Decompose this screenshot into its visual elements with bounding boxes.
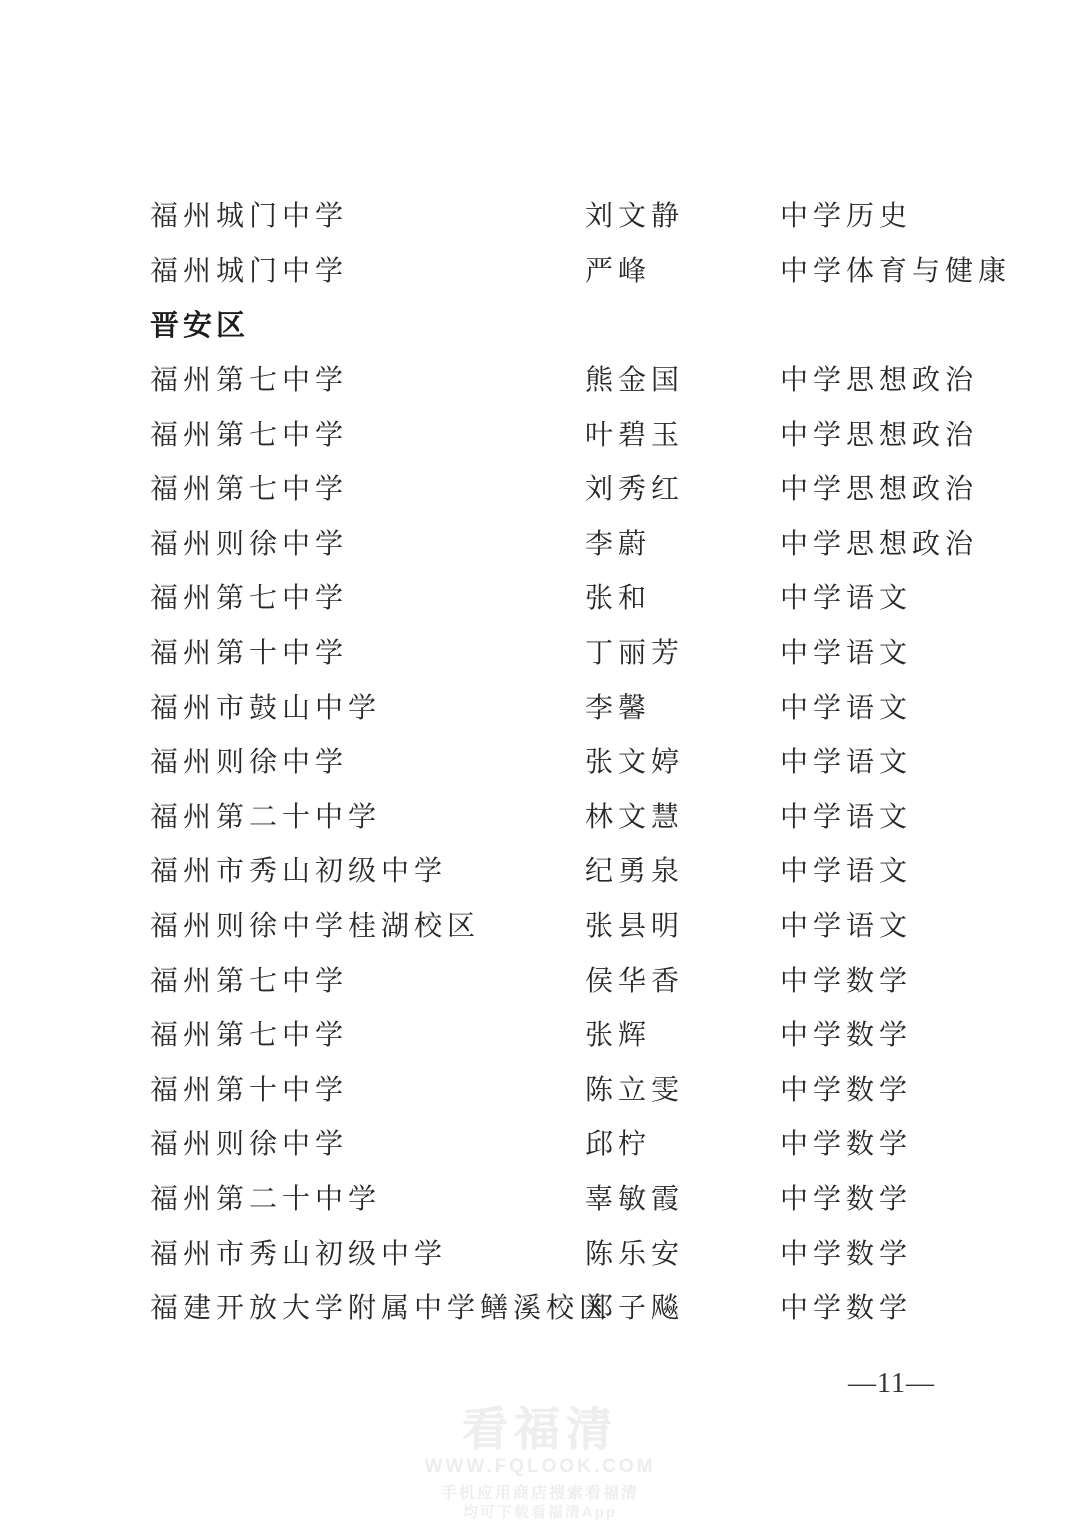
- watermark-tagline-1: 手机应用商店搜索看福清: [0, 1485, 1080, 1503]
- school-cell: 福州第十中学: [150, 631, 585, 671]
- watermark: 看福清 WWW.FQLOOK.COM 手机应用商店搜索看福清 均可下载看福清Ap…: [0, 1404, 1080, 1522]
- table-row: 福州第七中学 张辉 中学数学: [0, 1006, 1080, 1061]
- teacher-name-cell: 张文婷: [585, 740, 780, 780]
- teacher-name-cell: 辜敏霞: [585, 1177, 780, 1217]
- table-row: 福州则徐中学桂湖校区 张县明 中学语文: [0, 897, 1080, 952]
- subject-cell: 中学思想政治: [780, 522, 1080, 562]
- school-cell: 福州则徐中学桂湖校区: [150, 904, 585, 944]
- subject-cell: 中学数学: [780, 1232, 1080, 1272]
- table-row: 福州则徐中学 张文婷 中学语文: [0, 733, 1080, 788]
- teacher-name-cell: 张辉: [585, 1013, 780, 1053]
- school-cell: 福州第七中学: [150, 413, 585, 453]
- table-row: 福州第七中学 熊金国 中学思想政治: [0, 351, 1080, 406]
- district-section-header: 晋安区: [150, 303, 1080, 344]
- teacher-name-cell: 丁丽芳: [585, 631, 780, 671]
- subject-cell: 中学语文: [780, 795, 1080, 835]
- table-row: 福州城门中学 刘文静 中学历史: [0, 187, 1080, 242]
- teacher-name-cell: 李蔚: [585, 522, 780, 562]
- school-cell: 福州城门中学: [150, 249, 585, 289]
- watermark-url: WWW.FQLOOK.COM: [0, 1457, 1080, 1478]
- school-cell: 福州第七中学: [150, 959, 585, 999]
- subject-cell: 中学语文: [780, 904, 1080, 944]
- subject-cell: 中学语文: [780, 849, 1080, 889]
- teacher-name-cell: 刘文静: [585, 194, 780, 234]
- school-cell: 福州第七中学: [150, 576, 585, 616]
- teacher-name-cell: 李馨: [585, 686, 780, 726]
- watermark-logo-text: 看福清: [0, 1404, 1080, 1455]
- school-cell: 福州第十中学: [150, 1068, 585, 1108]
- table-row: 福建开放大学附属中学鳝溪校区 郑子飚 中学数学: [0, 1279, 1080, 1334]
- teacher-name-cell: 严峰: [585, 249, 780, 289]
- table-row: 福州市秀山初级中学 纪勇泉 中学语文: [0, 842, 1080, 897]
- subject-cell: 中学语文: [780, 740, 1080, 780]
- teacher-name-cell: 郑子飚: [585, 1286, 780, 1326]
- subject-cell: 中学语文: [780, 686, 1080, 726]
- school-cell: 福州则徐中学: [150, 522, 585, 562]
- table-row: 福州第十中学 丁丽芳 中学语文: [0, 624, 1080, 679]
- subject-cell: 中学思想政治: [780, 413, 1080, 453]
- teacher-name-cell: 邱柠: [585, 1122, 780, 1162]
- school-cell: 福州市秀山初级中学: [150, 849, 585, 889]
- page-number: —11—: [848, 1368, 935, 1400]
- subject-cell: 中学数学: [780, 959, 1080, 999]
- subject-cell: 中学体育与健康: [780, 249, 1080, 289]
- subject-cell: 中学语文: [780, 631, 1080, 671]
- table-row: 福州则徐中学 邱柠 中学数学: [0, 1115, 1080, 1170]
- school-cell: 福州第七中学: [150, 467, 585, 507]
- table-row: 福州第七中学 张和 中学语文: [0, 569, 1080, 624]
- table-row: 福州市秀山初级中学 陈乐安 中学数学: [0, 1224, 1080, 1279]
- subject-cell: 中学数学: [780, 1177, 1080, 1217]
- table-row: 福州市鼓山中学 李馨 中学语文: [0, 678, 1080, 733]
- school-cell: 福州市秀山初级中学: [150, 1232, 585, 1272]
- teacher-name-cell: 张县明: [585, 904, 780, 944]
- table-row: 福州第七中学 叶碧玉 中学思想政治: [0, 405, 1080, 460]
- subject-cell: 中学数学: [780, 1013, 1080, 1053]
- teacher-roster-table: 福州城门中学 刘文静 中学历史 福州城门中学 严峰 中学体育与健康 晋安区 福州…: [0, 187, 1080, 1333]
- school-cell: 福建开放大学附属中学鳝溪校区: [150, 1286, 585, 1326]
- subject-cell: 中学语文: [780, 576, 1080, 616]
- watermark-tagline-2: 均可下载看福清App: [0, 1505, 1080, 1522]
- subject-cell: 中学历史: [780, 194, 1080, 234]
- table-row: 福州第二十中学 辜敏霞 中学数学: [0, 1170, 1080, 1225]
- teacher-name-cell: 陈乐安: [585, 1232, 780, 1272]
- table-row: 福州第二十中学 林文慧 中学语文: [0, 788, 1080, 843]
- school-cell: 福州则徐中学: [150, 1122, 585, 1162]
- subject-cell: 中学思想政治: [780, 467, 1080, 507]
- school-cell: 福州城门中学: [150, 194, 585, 234]
- school-cell: 福州第二十中学: [150, 1177, 585, 1217]
- table-row: 福州第十中学 陈立雯 中学数学: [0, 1061, 1080, 1116]
- table-row: 福州则徐中学 李蔚 中学思想政治: [0, 515, 1080, 570]
- teacher-name-cell: 侯华香: [585, 959, 780, 999]
- table-row: 福州城门中学 严峰 中学体育与健康: [0, 242, 1080, 297]
- subject-cell: 中学数学: [780, 1122, 1080, 1162]
- teacher-name-cell: 纪勇泉: [585, 849, 780, 889]
- teacher-name-cell: 张和: [585, 576, 780, 616]
- teacher-name-cell: 叶碧玉: [585, 413, 780, 453]
- document-page: 福州城门中学 刘文静 中学历史 福州城门中学 严峰 中学体育与健康 晋安区 福州…: [0, 0, 1080, 1528]
- teacher-name-cell: 林文慧: [585, 795, 780, 835]
- subject-cell: 中学思想政治: [780, 358, 1080, 398]
- school-cell: 福州第七中学: [150, 1013, 585, 1053]
- teacher-name-cell: 陈立雯: [585, 1068, 780, 1108]
- school-cell: 福州第二十中学: [150, 795, 585, 835]
- table-row: 福州第七中学 侯华香 中学数学: [0, 951, 1080, 1006]
- subject-cell: 中学数学: [780, 1286, 1080, 1326]
- school-cell: 福州市鼓山中学: [150, 686, 585, 726]
- teacher-name-cell: 熊金国: [585, 358, 780, 398]
- table-row: 福州第七中学 刘秀红 中学思想政治: [0, 460, 1080, 515]
- school-cell: 福州则徐中学: [150, 740, 585, 780]
- section-header-row: 晋安区: [0, 296, 1080, 351]
- school-cell: 福州第七中学: [150, 358, 585, 398]
- teacher-name-cell: 刘秀红: [585, 467, 780, 507]
- subject-cell: 中学数学: [780, 1068, 1080, 1108]
